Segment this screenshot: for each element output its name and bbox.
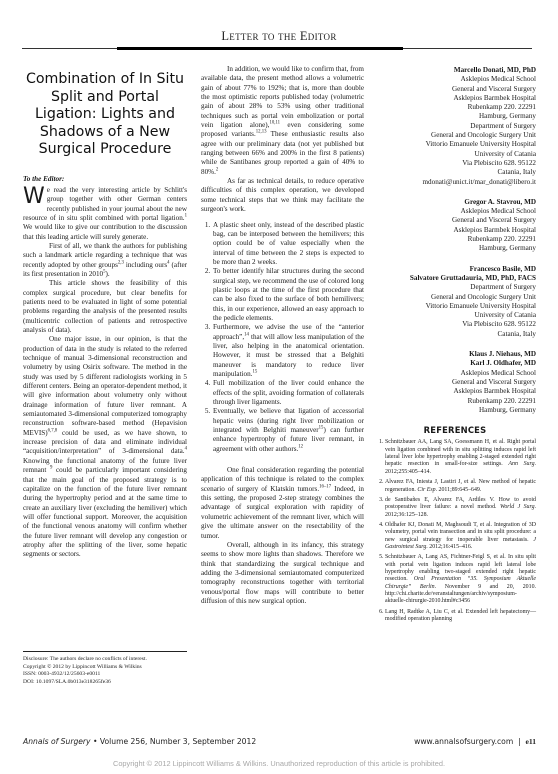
salutation: To the Editor:	[23, 175, 187, 184]
paragraph-1: We read the very interesting article by …	[23, 186, 187, 242]
list-item: To better identify hilar structures duri…	[212, 267, 364, 323]
affiliation-line: Rubenkamp 220. 22291	[374, 397, 536, 406]
list-item: Full mobilization of the liver could enh…	[212, 379, 364, 407]
affiliation-line: Asklepios Barmbek Hospital	[374, 226, 536, 235]
affiliation-line: Catania, Italy	[374, 330, 536, 339]
author-name: Francesco Basile, MD	[374, 265, 536, 274]
citation[interactable]: 1	[185, 214, 187, 219]
citation[interactable]: 6,7,8	[48, 428, 58, 433]
journal-url[interactable]: www.annalsofsurgery.com	[414, 737, 513, 746]
issn-line: ISSN: 0003-4932/12/25603-e0011	[23, 671, 187, 679]
paragraph-2: First of all, we thank the authors for p…	[23, 242, 187, 279]
footer-journal: Annals of Surgery • Volume 256, Number 3…	[23, 737, 256, 746]
affiliation-line: Department of Surgery	[374, 122, 536, 131]
copyright-line: Copyright © 2012 by Lippincott Williams …	[23, 664, 187, 672]
affiliation-line: Via Plebiscito 628. 95122	[374, 159, 536, 168]
disclosure-block: Disclosure: The authors declare no confl…	[23, 651, 187, 687]
paragraph-7: One final consideration regarding the po…	[201, 466, 364, 541]
article-title: Combination of In Situ Split and Portal …	[23, 71, 187, 159]
affiliation-line: Department of Surgery	[374, 283, 536, 292]
list-item: Eventually, we believe that ligation of …	[212, 407, 364, 454]
column-3: Marcello Donati, MD, PhDAsklepios Medica…	[374, 55, 536, 626]
affiliation-line: Hamburg, Germany	[374, 112, 536, 121]
affiliation-line: University of Catania	[374, 311, 536, 320]
section-header: Letter to the Editor	[0, 29, 558, 44]
citation[interactable]: 4	[185, 447, 187, 452]
paragraph-8: Overall, although in its infancy, this s…	[201, 541, 364, 606]
author-email[interactable]: mdonati@unict.it/mar_donati@libero.it	[374, 178, 536, 187]
citation[interactable]: 16–17	[319, 484, 331, 489]
paragraph-3: This article shows the feasibility of th…	[23, 279, 187, 335]
author-name: Salvatore Gruttadauria, MD, PhD, FACS	[374, 274, 536, 283]
column-1: Combination of In Situ Split and Portal …	[23, 65, 187, 560]
affiliation-line: Catania, Italy	[374, 168, 536, 177]
column-2: In addition, we would like to confirm th…	[201, 65, 364, 606]
affiliation-line: Asklepios Medical School	[374, 369, 536, 378]
references-heading: REFERENCES	[374, 426, 536, 435]
disclosure-line: Disclosure: The authors declare no confl…	[23, 656, 187, 664]
author-name: Karl J. Oldhafer, MD	[374, 359, 536, 368]
affiliation-line: Asklepios Medical School	[374, 207, 536, 216]
affiliation-line: General and Oncologic Surgery Unit	[374, 131, 536, 140]
affiliation-line: Rubenkamp 220. 22291	[374, 235, 536, 244]
signature-block: Klaus J. Niehaus, MDKarl J. Oldhafer, MD…	[374, 350, 536, 415]
affiliation-line: General and Oncologic Surgery Unit	[374, 293, 536, 302]
author-name: Gregor A. Stavrou, MD	[374, 198, 536, 207]
reference-item: Lang H, Radtke A, Liu C, et al. Extended…	[385, 609, 536, 624]
signature-block: Francesco Basile, MDSalvatore Gruttadaur…	[374, 265, 536, 339]
bullet-icon: •	[93, 737, 97, 746]
footer-right: www.annalsofsurgery.com | e11	[414, 737, 536, 746]
affiliation-line: Asklepios Barmbek Hospital	[374, 387, 536, 396]
affiliation-line: General and Visceral Surgery	[374, 85, 536, 94]
affiliation-line: Hamburg, Germany	[374, 244, 536, 253]
affiliation-line: Vittorio Emanuele University Hospital	[374, 140, 536, 149]
paragraph-6: As far as technical details, to reduce o…	[201, 177, 364, 214]
affiliation-line: University of Catania	[374, 150, 536, 159]
reference-item: Alvarez FA, Iniesta J, Lastiri J, et al.…	[385, 479, 536, 494]
affiliation-line: General and Visceral Surgery	[374, 216, 536, 225]
issue-info: Volume 256, Number 3, September 2012	[100, 737, 256, 746]
reference-item: de Santibañes E, Alvarez FA, Ardiles V. …	[385, 497, 536, 519]
affiliation-line: Hamburg, Germany	[374, 406, 536, 415]
signature-block: Gregor A. Stavrou, MDAsklepios Medical S…	[374, 198, 536, 254]
doi-line[interactable]: DOI: 10.1097/SLA.0b013e318265fe36	[23, 679, 187, 687]
copyright-notice: Copyright © 2012 Lippincott Williams & W…	[0, 759, 558, 768]
header-rule-thick	[117, 47, 403, 50]
affiliation-line: Asklepios Barmbek Hospital	[374, 94, 536, 103]
affiliation-line: Rubenkamp 220. 22291	[374, 103, 536, 112]
reference-item: Schnitzbauer AA, Lang SA, Goessmann H, e…	[385, 439, 536, 476]
affiliation-line: Asklepios Medical School	[374, 75, 536, 84]
list-item: Furthermore, we advise the use of the “a…	[212, 323, 364, 379]
page-number: e11	[525, 737, 536, 746]
reference-item: Schnitzbauer A, Lang AS, Fichtner-Feigl …	[385, 554, 536, 605]
paragraph-5: In addition, we would like to confirm th…	[201, 65, 364, 177]
citation[interactable]: 12,13	[256, 130, 267, 135]
technical-steps-list: A plastic sheet only, instead of the des…	[201, 221, 364, 455]
reference-item: Oldhafer KJ, Donati M, Maghsoudi T, et a…	[385, 522, 536, 551]
author-name: Klaus J. Niehaus, MD	[374, 350, 536, 359]
affiliation-line: Vittorio Emanuele University Hospital	[374, 302, 536, 311]
signature-blocks: Marcello Donati, MD, PhDAsklepios Medica…	[374, 66, 536, 415]
citation[interactable]: 10,11	[269, 121, 280, 126]
citation[interactable]: 12	[298, 444, 303, 449]
journal-name: Annals of Surgery	[23, 737, 91, 746]
affiliation-line: Via Plebiscito 628. 95122	[374, 320, 536, 329]
author-name: Marcello Donati, MD, PhD	[374, 66, 536, 75]
list-item: A plastic sheet only, instead of the des…	[212, 221, 364, 268]
signature-block: Marcello Donati, MD, PhDAsklepios Medica…	[374, 66, 536, 187]
citation[interactable]: 15	[252, 370, 257, 375]
paragraph-4: One major issue, in our opinion, is that…	[23, 335, 187, 559]
affiliation-line: General and Visceral Surgery	[374, 378, 536, 387]
drop-cap: W	[23, 187, 45, 206]
references-list: Schnitzbauer AA, Lang SA, Goessmann H, e…	[374, 439, 536, 623]
citation[interactable]: 2	[216, 167, 218, 172]
